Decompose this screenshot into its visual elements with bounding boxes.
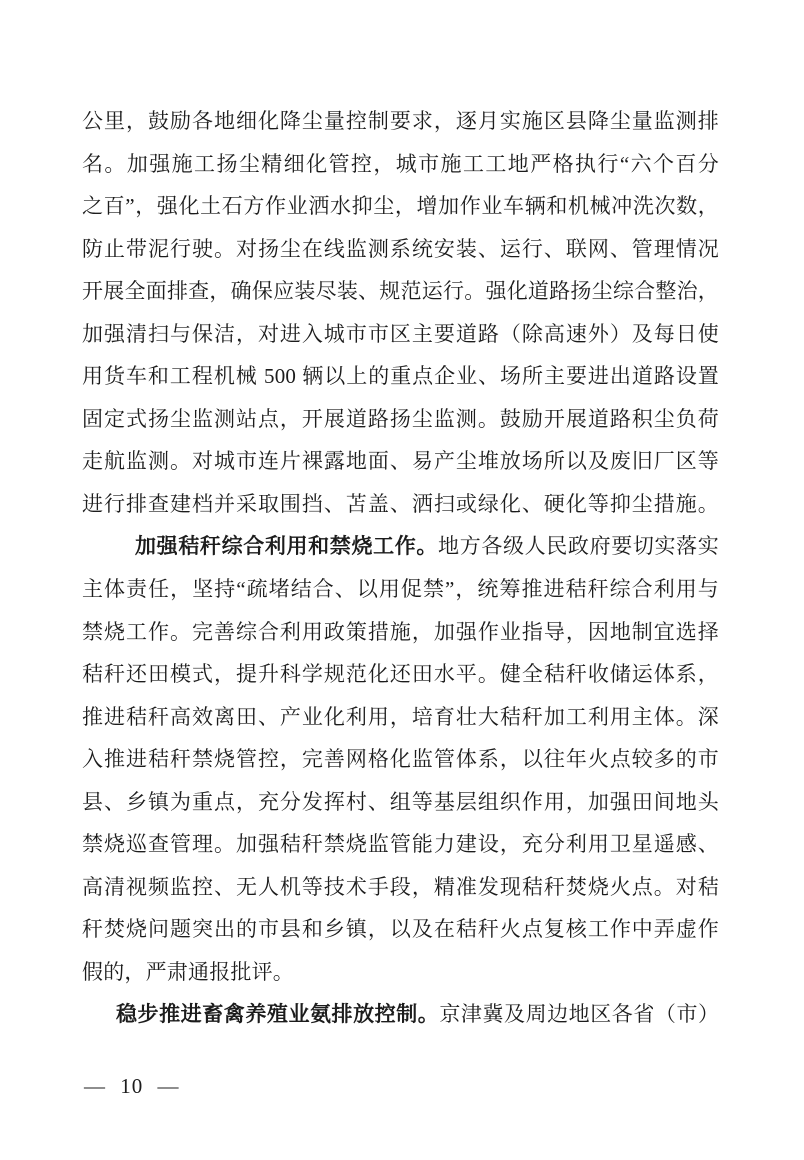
- text-line: 防止带泥行驶。对扬尘在线监测系统安装、运行、联网、管理情况: [82, 228, 719, 271]
- text-line: 禁烧工作。完善综合利用政策措施，加强作业指导，因地制宜选择: [82, 611, 719, 654]
- text-line: 禁烧巡查管理。加强秸秆禁烧监管能力建设，充分利用卫星遥感、: [82, 823, 719, 866]
- text-line: 加强秸秆综合利用和禁烧工作。地方各级人民政府要切实落实: [82, 525, 719, 568]
- text-line: 加强清扫与保洁，对进入城市市区主要道路（除高速外）及每日使: [82, 313, 719, 356]
- text-line: 公里，鼓励各地细化降尘量控制要求，逐月实施区县降尘量监测排: [82, 100, 719, 143]
- text-line: 秸秆还田模式，提升科学规范化还田水平。健全秸秆收储运体系，: [82, 653, 719, 696]
- text-line: 主体责任，坚持“疏堵结合、以用促禁”，统筹推进秸秆综合利用与: [82, 568, 719, 611]
- paragraph-continued-dust-control: 公里，鼓励各地细化降尘量控制要求，逐月实施区县降尘量监测排 名。加强施工扬尘精细…: [82, 100, 719, 525]
- text-line: 走航监测。对城市连片裸露地面、易产尘堆放场所以及废旧厂区等: [82, 440, 719, 483]
- text-run: 地方各级人民政府要切实落实: [438, 534, 719, 558]
- text-line: 稳步推进畜禽养殖业氨排放控制。京津冀及周边地区各省（市）: [82, 993, 719, 1036]
- page-number: — 10 —: [84, 1072, 180, 1100]
- text-line: 进行排查建档并采取围挡、苫盖、洒扫或绿化、硬化等抑尘措施。: [82, 483, 719, 526]
- text-line: 入推进秸秆禁烧管控，完善网格化监管体系，以往年火点较多的市: [82, 738, 719, 781]
- text-line: 固定式扬尘监测站点，开展道路扬尘监测。鼓励开展道路积尘负荷: [82, 398, 719, 441]
- document-body: 公里，鼓励各地细化降尘量控制要求，逐月实施区县降尘量监测排 名。加强施工扬尘精细…: [82, 100, 719, 1036]
- text-line: 用货车和工程机械 500 辆以上的重点企业、场所主要进出道路设置: [82, 355, 719, 398]
- text-line: 秆焚烧问题突出的市县和乡镇，以及在秸秆火点复核工作中弄虚作: [82, 908, 719, 951]
- text-run: 京津冀及周边地区各省（市）: [439, 1002, 719, 1026]
- text-line: 高清视频监控、无人机等技术手段，精准发现秸秆焚烧火点。对秸: [82, 866, 719, 909]
- text-line: 之百”，强化土石方作业洒水抑尘，增加作业车辆和机械冲洗次数，: [82, 185, 719, 228]
- text-line: 假的，严肃通报批评。: [82, 951, 719, 994]
- section-heading-livestock: 稳步推进畜禽养殖业氨排放控制。: [116, 1003, 439, 1026]
- text-line: 县、乡镇为重点，充分发挥村、组等基层组织作用，加强田间地头: [82, 781, 719, 824]
- text-line: 开展全面排查，确保应装尽装、规范运行。强化道路扬尘综合整治，: [82, 270, 719, 313]
- paragraph-straw-utilization: 加强秸秆综合利用和禁烧工作。地方各级人民政府要切实落实 主体责任，坚持“疏堵结合…: [82, 525, 719, 993]
- section-heading-straw: 加强秸秆综合利用和禁烧工作。: [135, 535, 438, 558]
- text-line: 推进秸秆高效离田、产业化利用，培育壮大秸秆加工利用主体。深: [82, 696, 719, 739]
- paragraph-livestock-ammonia: 稳步推进畜禽养殖业氨排放控制。京津冀及周边地区各省（市）: [82, 993, 719, 1036]
- text-line: 名。加强施工扬尘精细化管控，城市施工工地严格执行“六个百分: [82, 143, 719, 186]
- document-page: 公里，鼓励各地细化降尘量控制要求，逐月实施区县降尘量监测排 名。加强施工扬尘精细…: [0, 0, 804, 1160]
